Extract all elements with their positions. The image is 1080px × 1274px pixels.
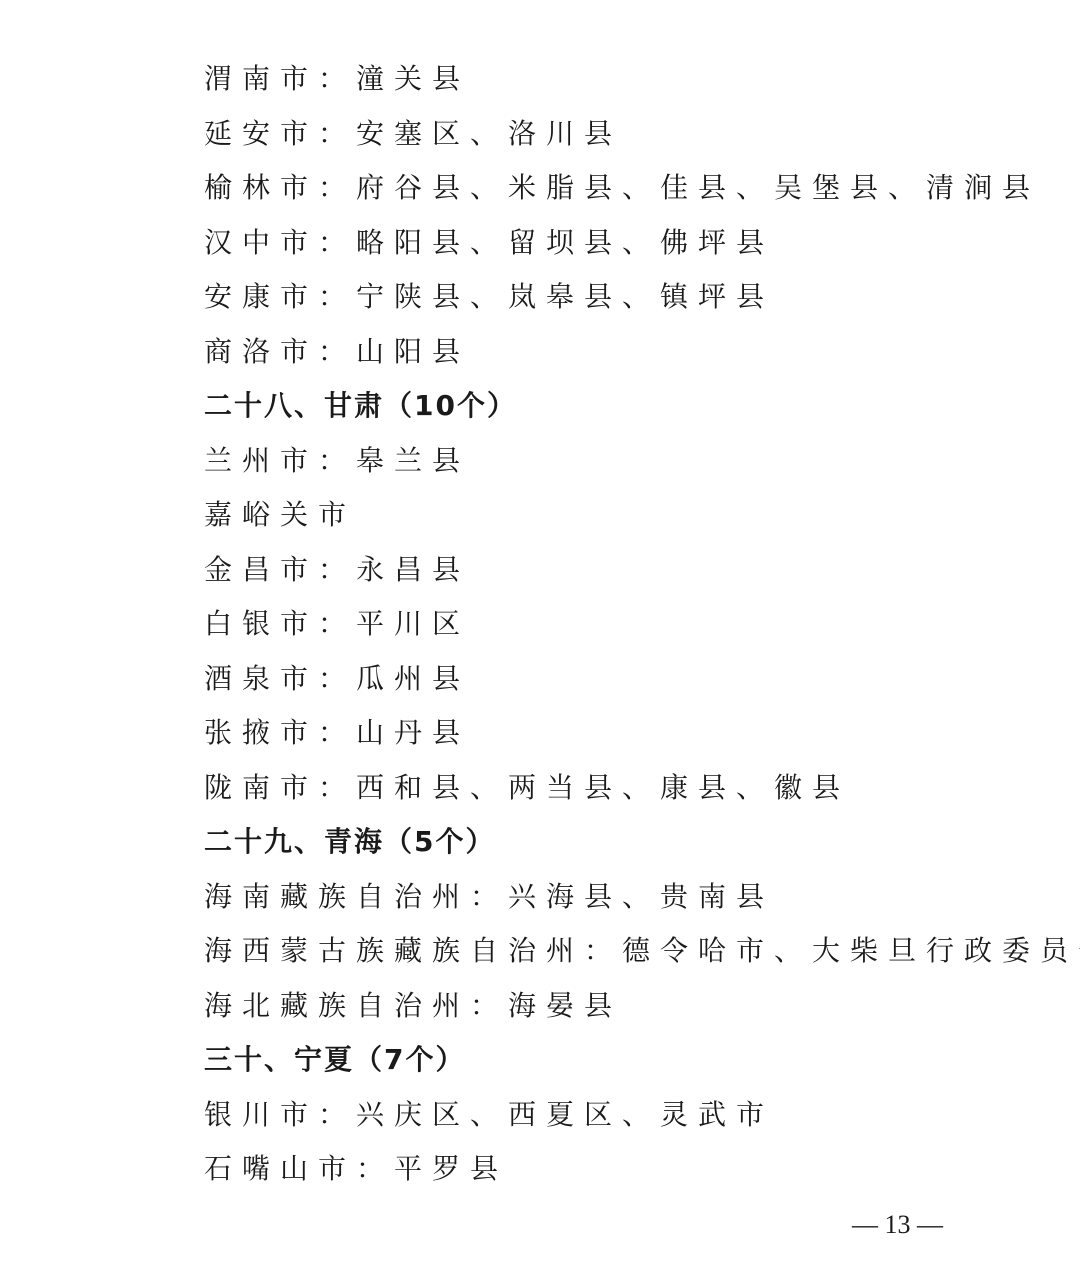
list-item-jiayuguan: 嘉峪关市: [204, 488, 964, 543]
list-item-lanzhou: 兰州市：皋兰县: [204, 434, 964, 489]
list-item-yinchuan: 银川市：兴庆区、西夏区、灵武市: [204, 1088, 964, 1143]
list-item-hanzhong: 汉中市：略阳县、留坝县、佛坪县: [204, 216, 964, 271]
list-item-yulin: 榆林市：府谷县、米脂县、佳县、吴堡县、清涧县: [204, 161, 964, 216]
list-item-haixi: 海西蒙古族藏族自治州：德令哈市、大柴旦行政委员会: [204, 924, 964, 979]
page-number: — 13 —: [852, 1210, 943, 1240]
list-item-baiyin: 白银市：平川区: [204, 597, 964, 652]
list-item-longnan: 陇南市：西和县、两当县、康县、徽县: [204, 761, 964, 816]
list-item-jinchang: 金昌市：永昌县: [204, 543, 964, 598]
section-heading-gansu: 二十八、甘肃（10个）: [204, 379, 964, 434]
list-item-jiuquan: 酒泉市：瓜州县: [204, 652, 964, 707]
list-item-zhangye: 张掖市：山丹县: [204, 706, 964, 761]
list-item-weinan: 渭南市：潼关县: [204, 52, 964, 107]
document-page: 渭南市：潼关县 延安市：安塞区、洛川县 榆林市：府谷县、米脂县、佳县、吴堡县、清…: [204, 52, 964, 1197]
list-item-ankang: 安康市：宁陕县、岚皋县、镇坪县: [204, 270, 964, 325]
list-item-yanan: 延安市：安塞区、洛川县: [204, 107, 964, 162]
list-item-haibei: 海北藏族自治州：海晏县: [204, 979, 964, 1034]
list-item-shangluo: 商洛市：山阳县: [204, 325, 964, 380]
section-heading-ningxia: 三十、宁夏（7个）: [204, 1033, 964, 1088]
list-item-hainan-tibetan: 海南藏族自治州：兴海县、贵南县: [204, 870, 964, 925]
section-heading-qinghai: 二十九、青海（5个）: [204, 815, 964, 870]
list-item-shizuishan: 石嘴山市：平罗县: [204, 1142, 964, 1197]
